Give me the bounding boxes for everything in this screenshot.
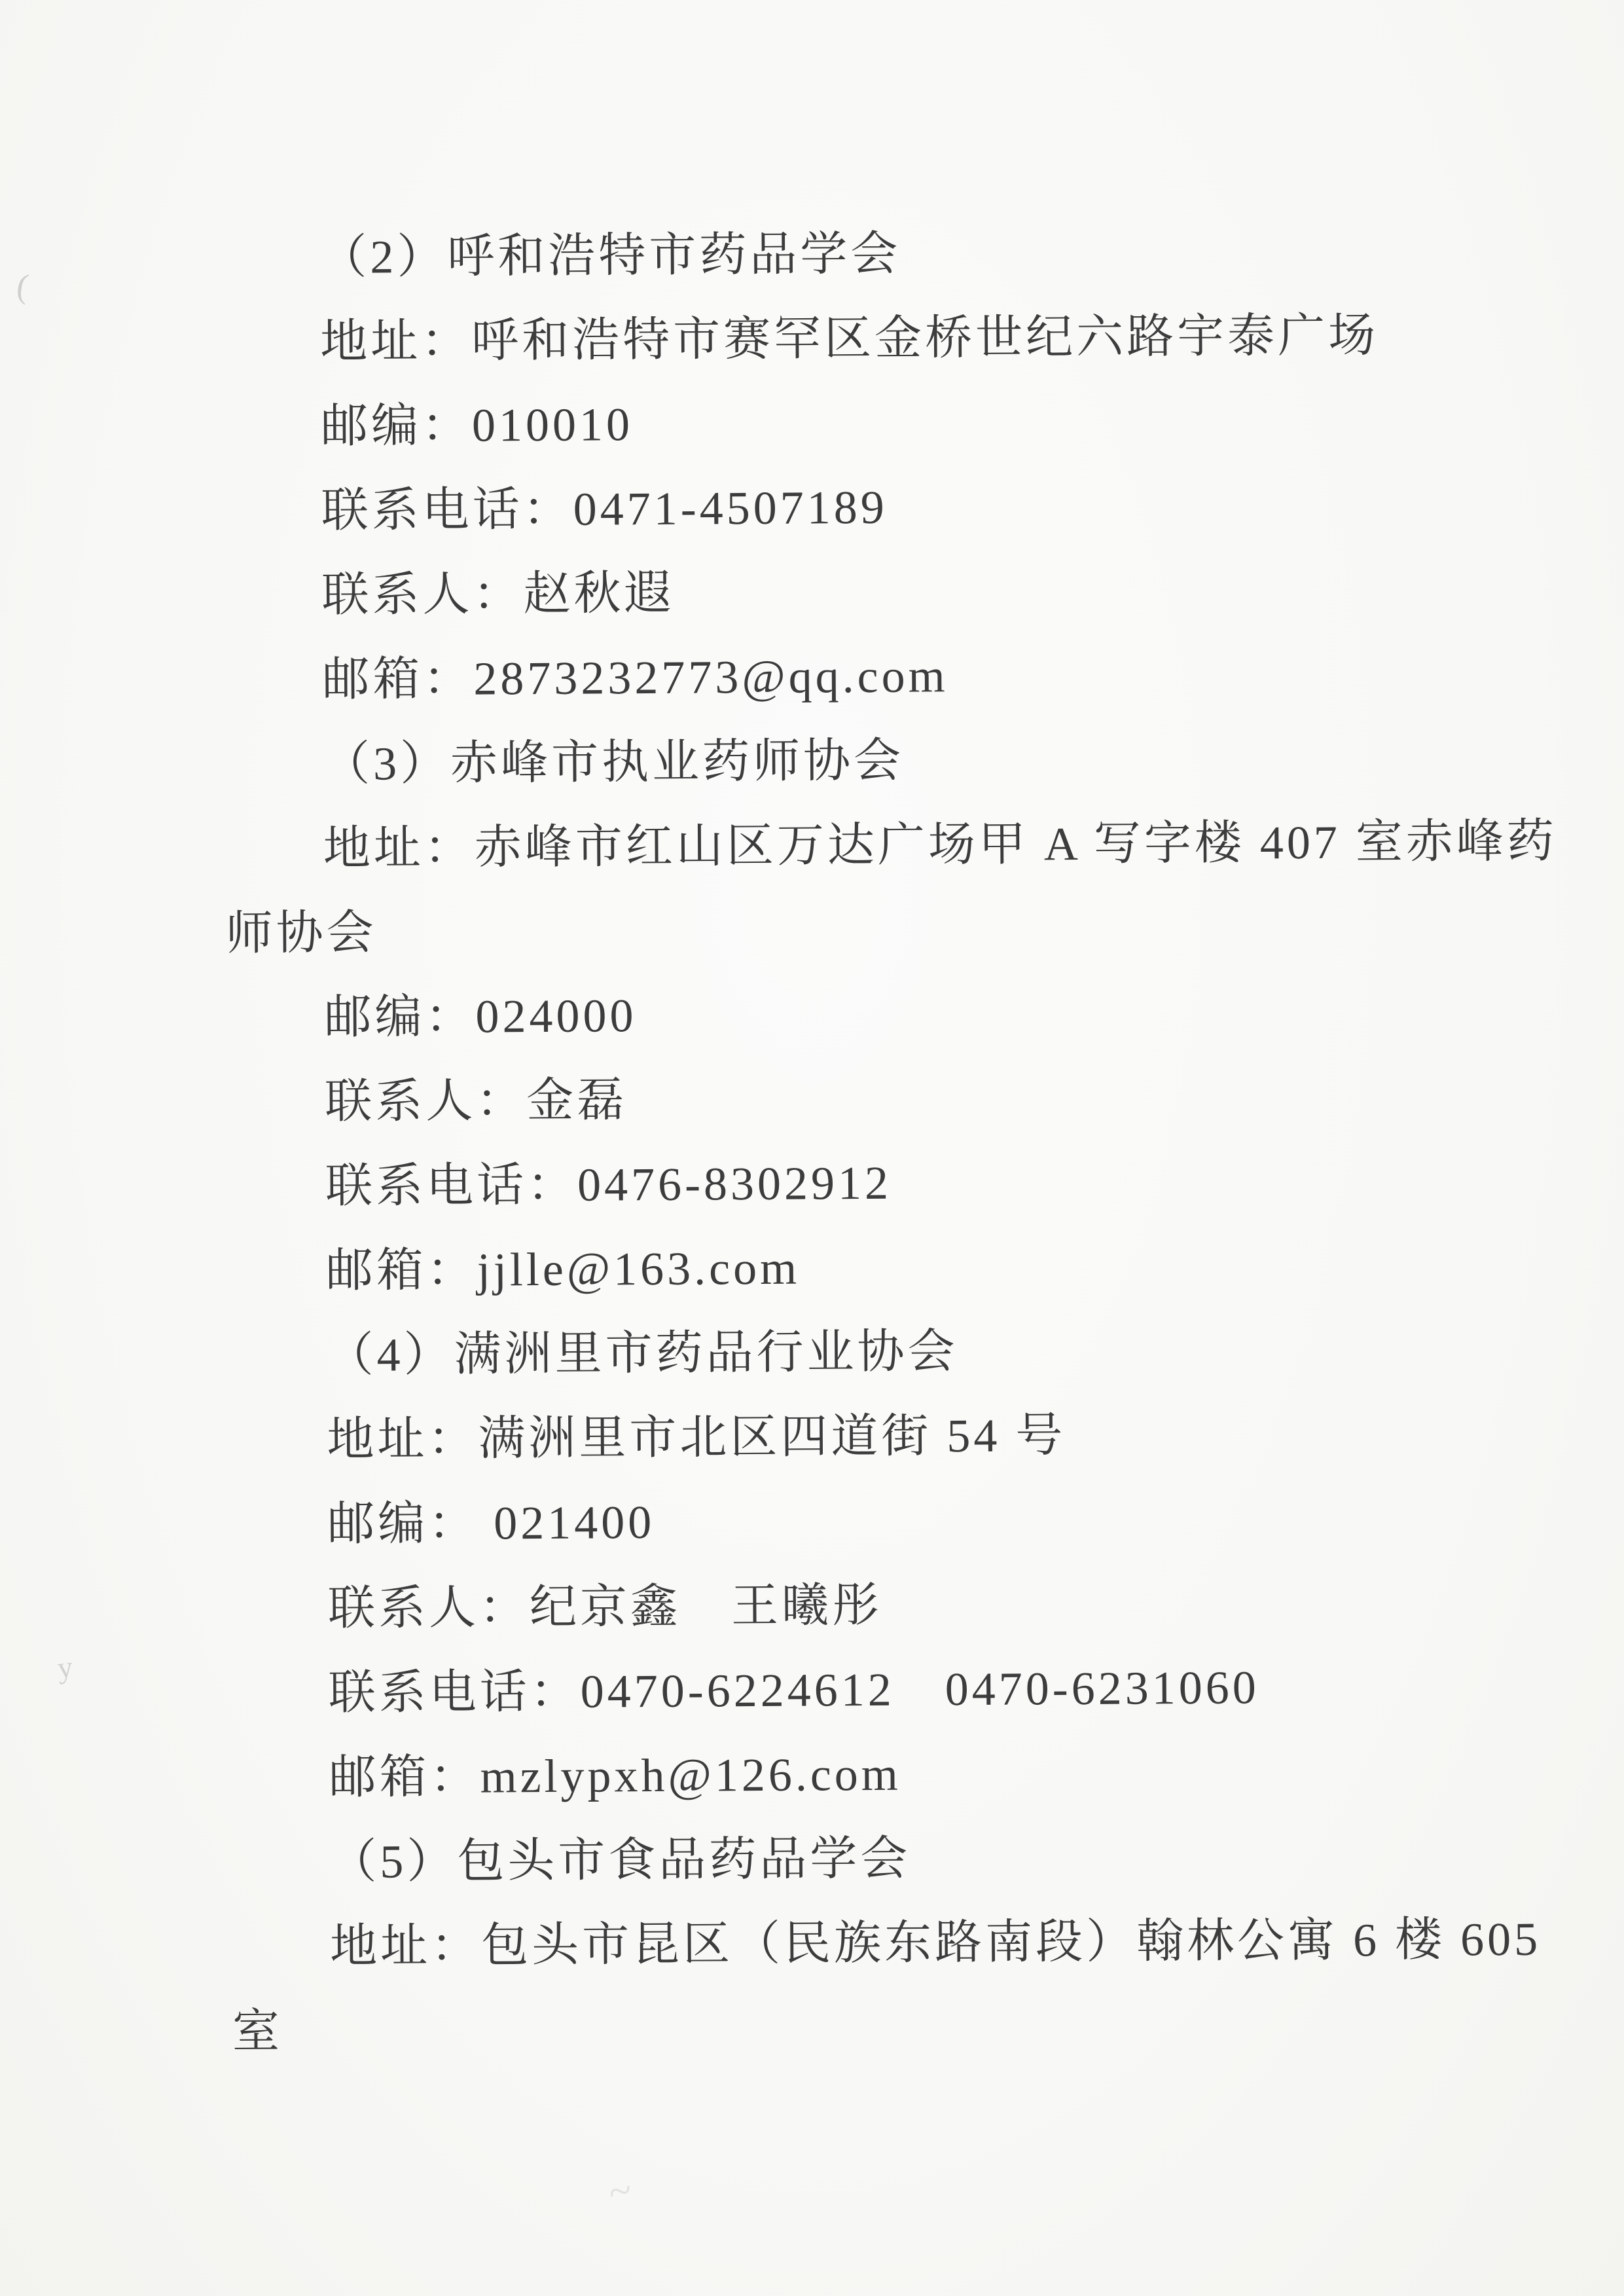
text-line: 联系电话：0470-6224612 0470-6231060: [230, 1645, 1448, 1736]
text-line: 室: [232, 1982, 1451, 2074]
text-line: 邮编： 021400: [229, 1476, 1447, 1567]
scanned-page: （2）呼和浩特市药品学会地址：呼和浩特市赛罕区金桥世纪六路宇泰广场邮编：0100…: [0, 0, 1624, 2296]
scan-artifact: ~: [604, 2165, 636, 2217]
text-line: 联系人：赵秋遐: [223, 547, 1441, 638]
text-line: 联系人：金磊: [226, 1053, 1445, 1145]
document-text-block: （2）呼和浩特市药品学会地址：呼和浩特市赛罕区金桥世纪六路宇泰广场邮编：0100…: [221, 209, 1450, 2074]
text-line: 邮编：010010: [223, 378, 1441, 469]
text-line: 地址：包头市昆区（民族东路南段）翰林公寓 6 楼 605: [232, 1898, 1450, 1990]
text-line: 邮箱：2873232773@qq.com: [224, 631, 1442, 723]
text-line: 地址：赤峰市红山区万达广场甲 A 写字楼 407 室赤峰药: [225, 800, 1443, 892]
scan-artifact: (: [14, 266, 31, 306]
text-line: 邮箱：jjlle@163.com: [227, 1222, 1445, 1314]
text-line: （5）包头市食品药品学会: [231, 1813, 1449, 1905]
text-line: 师协会: [225, 884, 1443, 976]
scan-artifact: y: [56, 1649, 74, 1685]
text-line: （4）满洲里市药品行业协会: [228, 1307, 1446, 1398]
text-line: 地址：满洲里市北区四道街 54 号: [228, 1391, 1447, 1483]
text-line: 邮箱：mzlypxh@126.com: [230, 1729, 1449, 1821]
text-line: 联系电话：0476-8302912: [227, 1138, 1445, 1230]
text-line: 邮编：024000: [226, 969, 1444, 1061]
text-line: （3）赤峰市执业药师协会: [225, 716, 1443, 807]
text-line: 地址：呼和浩特市赛罕区金桥世纪六路宇泰广场: [222, 293, 1440, 385]
text-line: （2）呼和浩特市药品学会: [221, 209, 1439, 301]
text-line: 联系电话：0471-4507189: [223, 462, 1441, 554]
text-line: 联系人：纪京鑫 王曦彤: [230, 1560, 1448, 1652]
